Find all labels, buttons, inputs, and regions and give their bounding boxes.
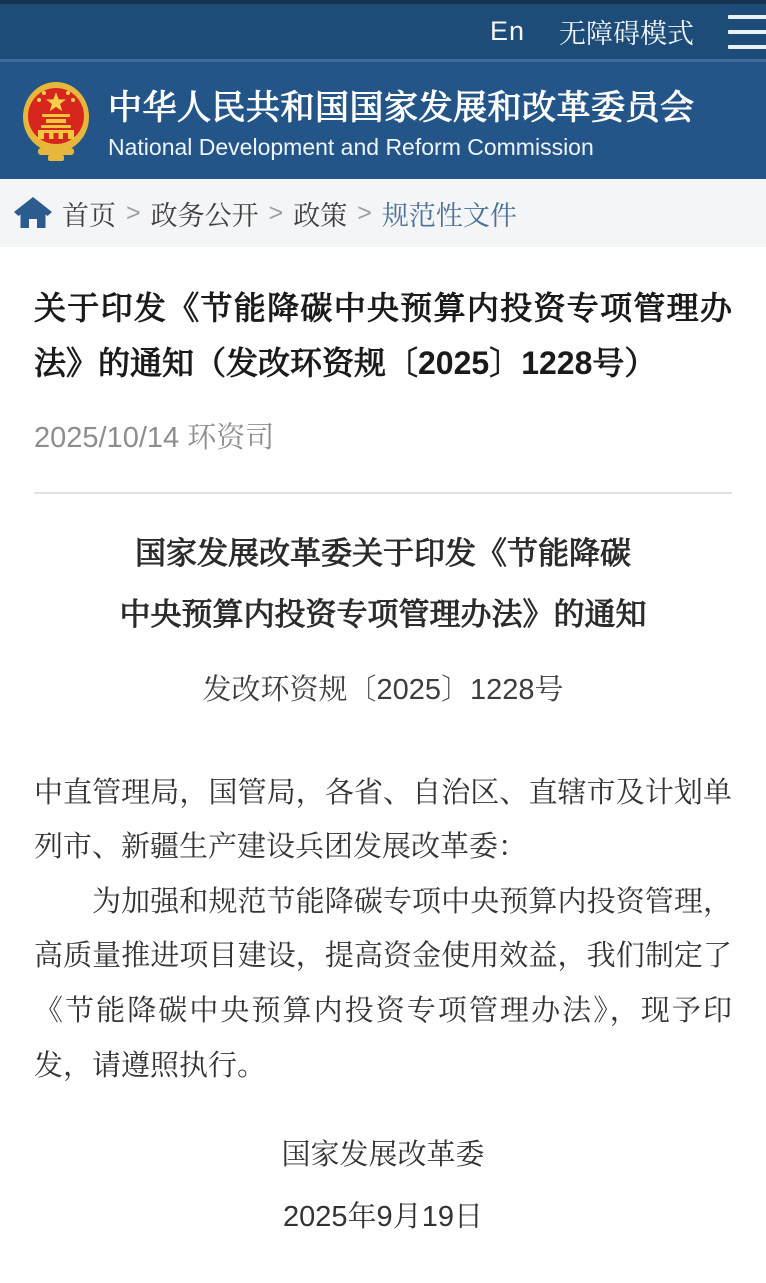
document-title: 国家发展改革委关于印发《节能降碳 中央预算内投资专项管理办法》的通知 [34, 524, 732, 645]
addressee-paragraph: 中直管理局，国管局，各省、自治区、直辖市及计划单列市、新疆生产建设兵团发展改革委… [34, 766, 732, 875]
breadcrumb: 首页 > 政务公开 > 政策 > 规范性文件 [0, 179, 766, 247]
article-meta: 2025/10/14 环资司 [34, 415, 732, 456]
site-title-zh: 中华人民共和国国家发展和改革委员会 [108, 80, 695, 129]
breadcrumb-separator: > [269, 199, 284, 228]
breadcrumb-normative-documents[interactable]: 规范性文件 [382, 194, 517, 233]
site-header: 中华人民共和国国家发展和改革委员会 National Development a… [0, 62, 766, 179]
divider [34, 492, 732, 494]
document-title-line1: 国家发展改革委关于印发《节能降碳 [135, 536, 631, 571]
publish-date: 2025/10/14 [34, 422, 179, 454]
breadcrumb-gov-affairs[interactable]: 政务公开 [151, 194, 259, 233]
hamburger-menu-icon[interactable] [728, 15, 766, 49]
breadcrumb-separator: > [126, 199, 141, 228]
topbar: En 无障碍模式 [0, 4, 766, 62]
breadcrumb-separator: > [357, 199, 372, 228]
breadcrumb-home[interactable]: 首页 [62, 194, 116, 233]
page-title: 关于印发《节能降碳中央预算内投资专项管理办法》的通知（发改环资规〔2025〕12… [34, 281, 732, 391]
document-number: 发改环资规〔2025〕1228号 [34, 667, 732, 708]
article: 关于印发《节能降碳中央预算内投资专项管理办法》的通知（发改环资规〔2025〕12… [0, 281, 766, 1283]
body-paragraph: 为加强和规范节能降碳专项中央预算内投资管理，高质量推进项目建设，提高资金使用效益… [34, 875, 732, 1093]
breadcrumb-policy[interactable]: 政策 [293, 194, 347, 233]
publishing-department: 环资司 [187, 422, 274, 454]
signature-date: 2025年9月19日 [34, 1191, 732, 1243]
signature: 国家发展改革委 [34, 1129, 732, 1181]
accessibility-mode-button[interactable]: 无障碍模式 [559, 12, 694, 51]
national-emblem-logo [18, 78, 94, 164]
site-title-en: National Development and Reform Commissi… [108, 134, 695, 161]
home-icon[interactable] [14, 196, 52, 230]
document-title-line2: 中央预算内投资专项管理办法》的通知 [120, 597, 647, 632]
language-toggle-en[interactable]: En [490, 16, 525, 47]
